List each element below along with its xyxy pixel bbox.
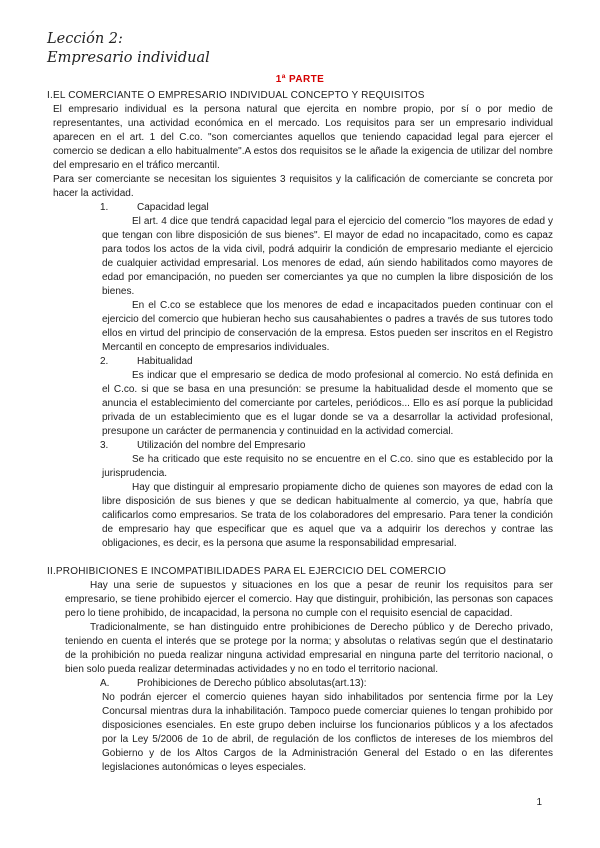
paragraph: Se ha criticado que este requisito no se…: [102, 453, 553, 481]
page-number: 1: [536, 796, 542, 810]
list-item-2-heading: 2. Habitualidad: [100, 355, 553, 369]
item-number: 3.: [100, 439, 137, 453]
item-number: 2.: [100, 355, 137, 369]
item-title: Utilización del nombre del Empresario: [137, 439, 553, 453]
paragraph: Hay que distinguir al empresario propiam…: [102, 481, 553, 551]
paragraph: En el C.co se establece que los menores …: [102, 299, 553, 355]
lesson-title-script: Lección 2: Empresario individual: [47, 30, 553, 68]
item-title: Prohibiciones de Derecho público absolut…: [137, 677, 553, 691]
section-1-heading: I.EL COMERCIANTE O EMPRESARIO INDIVIDUAL…: [47, 89, 553, 103]
part-label: 1ª PARTE: [47, 73, 553, 87]
item-number: A.: [100, 677, 137, 691]
section-1: I.EL COMERCIANTE O EMPRESARIO INDIVIDUAL…: [47, 89, 553, 551]
item-title: Capacidad legal: [137, 201, 553, 215]
item-title: Habitualidad: [137, 355, 553, 369]
lesson-subject-line: Empresario individual: [47, 49, 553, 68]
list-item-3-heading: 3. Utilización del nombre del Empresario: [100, 439, 553, 453]
list-item-A-heading: A. Prohibiciones de Derecho público abso…: [100, 677, 553, 691]
paragraph: El empresario individual es la persona n…: [53, 103, 553, 173]
item-number: 1.: [100, 201, 137, 215]
paragraph: El art. 4 dice que tendrá capacidad lega…: [102, 215, 553, 299]
paragraph: Es indicar que el empresario se dedica d…: [102, 369, 553, 439]
document-page: Lección 2: Empresario individual 1ª PART…: [0, 0, 600, 848]
section-2: II.PROHIBICIONES E INCOMPATIBILIDADES PA…: [47, 565, 553, 775]
section-2-heading: II.PROHIBICIONES E INCOMPATIBILIDADES PA…: [47, 565, 553, 579]
lesson-number-line: Lección 2:: [47, 30, 553, 49]
paragraph: No podrán ejercer el comercio quienes ha…: [102, 691, 553, 775]
paragraph: Tradicionalmente, se han distinguido ent…: [65, 621, 553, 677]
paragraph: Hay una serie de supuestos y situaciones…: [65, 579, 553, 621]
paragraph: Para ser comerciante se necesitan los si…: [53, 173, 553, 201]
list-item-1-heading: 1. Capacidad legal: [100, 201, 553, 215]
